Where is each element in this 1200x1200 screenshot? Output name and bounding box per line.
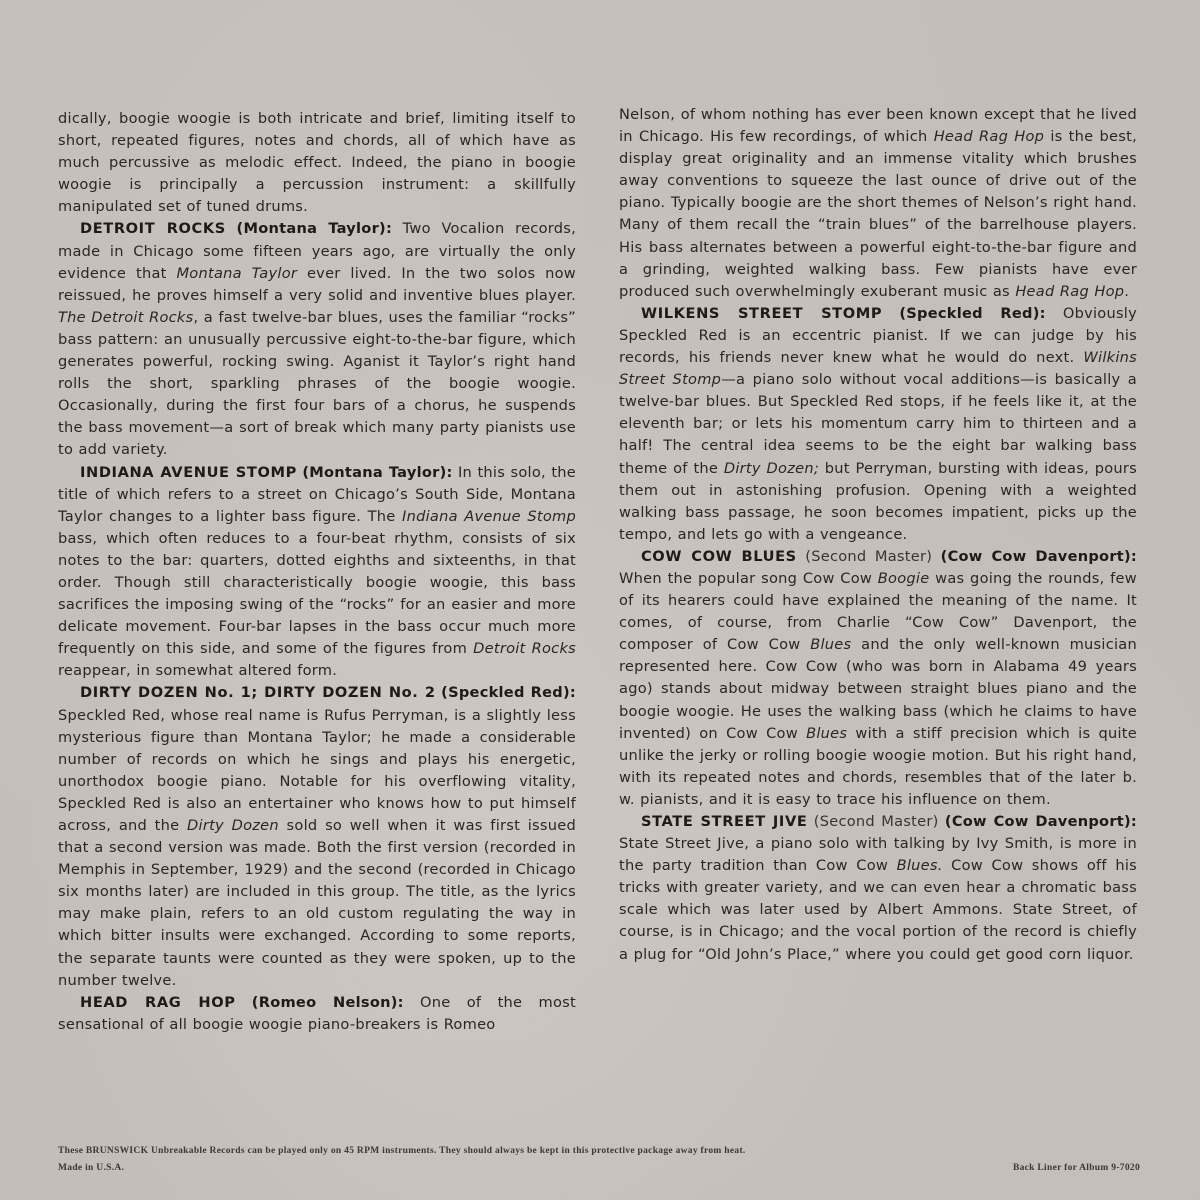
italic-text: Dirty Dozen; [724, 460, 819, 477]
track-title: COW COW BLUES [641, 548, 797, 565]
body-text: Speckled Red, whose real name is Rufus P… [58, 707, 576, 834]
intro-paragraph: dically, boogie woogie is both intricate… [58, 108, 576, 218]
italic-text: Blues. [897, 857, 943, 874]
right-column: Nelson, of whom nothing has ever been kn… [619, 104, 1137, 966]
footer-notice: These BRUNSWICK Unbreakable Records can … [58, 1146, 1140, 1156]
album-liner-reference: Back Liner for Album 9-7020 [1013, 1163, 1140, 1173]
track-artist: (Montana Taylor): [302, 464, 452, 481]
italic-text: Detroit Rocks [473, 640, 576, 657]
section-dirty-dozen: DIRTY DOZEN No. 1; DIRTY DOZEN No. 2 (Sp… [58, 682, 576, 991]
body-text: . [1124, 283, 1129, 300]
italic-text: Head Rag Hop [934, 128, 1045, 145]
italic-text: Blues [810, 636, 851, 653]
body-text: bass, which often reduces to a four-beat… [58, 530, 576, 657]
track-note: (Second Master) [807, 813, 944, 830]
track-title: DIRTY DOZEN No. 1; DIRTY DOZEN No. 2 [80, 684, 436, 701]
track-artist: (Speckled Red): [441, 684, 576, 701]
track-title: STATE STREET JIVE [641, 813, 807, 830]
section-state-street-jive: STATE STREET JIVE (Second Master) (Cow C… [619, 811, 1137, 966]
section-wilkens-street-stomp: WILKENS STREET STOMP (Speckled Red): Obv… [619, 303, 1137, 546]
italic-text: Montana Taylor [176, 265, 297, 282]
intro-text: dically, boogie woogie is both intricate… [58, 110, 576, 215]
body-text: , a fast twelve-bar blues, uses the fami… [58, 309, 576, 459]
section-indiana-avenue-stomp: INDIANA AVENUE STOMP (Montana Taylor): I… [58, 462, 576, 683]
section-detroit-rocks: DETROIT ROCKS (Montana Taylor): Two Voca… [58, 218, 576, 461]
track-title: DETROIT ROCKS [80, 220, 226, 237]
track-artist: (Speckled Red): [899, 305, 1045, 322]
body-text: is the best, display great originality a… [619, 128, 1137, 300]
track-note: (Second Master) [797, 548, 941, 565]
section-cow-cow-blues: COW COW BLUES (Second Master) (Cow Cow D… [619, 546, 1137, 811]
italic-text: Blues [806, 725, 847, 742]
body-text: reappear, in somewhat altered form. [58, 662, 337, 679]
italic-text: Head Rag Hop [1015, 283, 1124, 300]
track-title: WILKENS STREET STOMP [641, 305, 882, 322]
italic-text: Indiana Avenue Stomp [402, 508, 576, 525]
body-text: sold so well when it was first issued th… [58, 817, 576, 989]
left-column: dically, boogie woogie is both intricate… [58, 108, 576, 1036]
track-artist: (Cow Cow Davenport): [945, 813, 1137, 830]
track-title: INDIANA AVENUE STOMP [80, 464, 297, 481]
italic-text: Boogie [878, 570, 930, 587]
track-artist: (Romeo Nelson): [252, 994, 404, 1011]
track-title: HEAD RAG HOP [80, 994, 236, 1011]
album-back-liner: dically, boogie woogie is both intricate… [0, 0, 1200, 1200]
italic-text: Dirty Dozen [187, 817, 279, 834]
footer-line-2: Made in U.S.A. Back Liner for Album 9-70… [58, 1163, 1140, 1173]
section-head-rag-hop: HEAD RAG HOP (Romeo Nelson): One of the … [58, 992, 576, 1036]
track-artist: (Montana Taylor): [237, 220, 392, 237]
body-text: When the popular song Cow Cow [619, 570, 878, 587]
made-in-label: Made in U.S.A. [58, 1163, 124, 1173]
italic-text: The Detroit Rocks [58, 309, 193, 326]
track-artist: (Cow Cow Davenport): [941, 548, 1137, 565]
section-head-rag-hop-continued: Nelson, of whom nothing has ever been kn… [619, 104, 1137, 303]
